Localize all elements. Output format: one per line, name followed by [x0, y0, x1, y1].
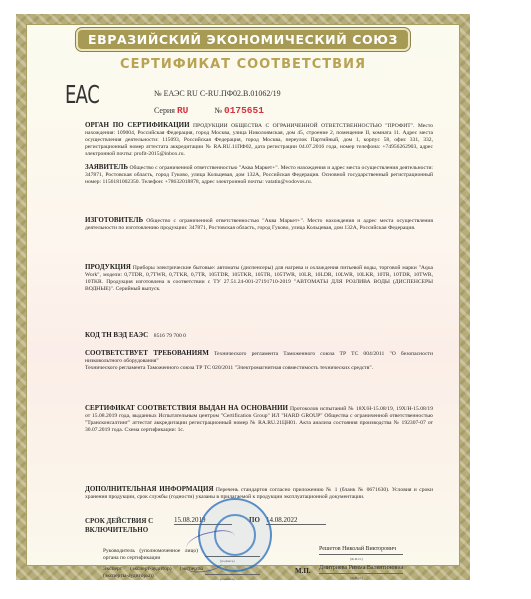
- section-heading: СЕРТИФИКАТ СООТВЕТСТВИЯ ВЫДАН НА ОСНОВАН…: [85, 404, 288, 412]
- section-heading: ПРОДУКЦИЯ: [85, 263, 131, 271]
- validity-to: 14.08.2022: [266, 517, 326, 525]
- section-heading: ДОПОЛНИТЕЛЬНАЯ ИНФОРМАЦИЯ: [85, 485, 214, 493]
- eac-logo-icon: ЕАС: [65, 80, 99, 109]
- validity-inclusive: ВКЛЮЧИТЕЛЬНО: [85, 527, 148, 534]
- series-label: Серия: [154, 106, 175, 115]
- section-issued-basis: СЕРТИФИКАТ СООТВЕТСТВИЯ ВЫДАН НА ОСНОВАН…: [85, 405, 433, 434]
- certificate-body: ЕВРАЗИЙСКИЙ ЭКОНОМИЧЕСКИЙ СОЮЗ СЕРТИФИКА…: [26, 24, 460, 566]
- expert-name-caption: (Ф.И.О.): [350, 575, 363, 582]
- section-additional-info: ДОПОЛНИТЕЛЬНАЯ ИНФОРМАЦИЯ Перечень станд…: [85, 486, 433, 501]
- section-heading: ОРГАН ПО СЕРТИФИКАЦИИ: [85, 121, 190, 129]
- head-name-caption: (Ф.И.О.): [350, 556, 363, 563]
- expert-name-line: [319, 573, 403, 574]
- code-value: 8516 79 700 0: [154, 333, 186, 339]
- certificate-title: СЕРТИФИКАТ СООТВЕТСТВИЯ: [27, 57, 459, 72]
- section-manufacturer: ИЗГОТОВИТЕЛЬ Общество с ограниченной отв…: [85, 217, 433, 232]
- head-label: Руководитель (уполномоченное лицо) орган…: [103, 548, 198, 561]
- head-name-line: [319, 554, 403, 555]
- section-heading: СООТВЕТСТВУЕТ ТРЕБОВАНИЯМ: [85, 349, 209, 357]
- section-heading: ЗАЯВИТЕЛЬ: [85, 163, 128, 171]
- blank-number: 0175651: [224, 105, 264, 116]
- section-tn-ved-code: КОД ТН ВЭД ЕАЭС 8516 79 700 0: [85, 332, 433, 340]
- section-text: Приборы электрические бытовые: автоматы …: [85, 265, 433, 292]
- section-text-2: Технического регламента Таможенного союз…: [85, 365, 373, 371]
- series-row: Серия RU № 0175651: [154, 105, 264, 116]
- head-name: Решетов Николай Викторович: [319, 546, 396, 553]
- expert-signature-caption: (подпись): [220, 576, 235, 583]
- section-heading: КОД ТН ВЭД ЕАЭС: [85, 331, 148, 339]
- section-certification-body: ОРГАН ПО СЕРТИФИКАЦИИ ПРОДУКЦИИ ОБЩЕСТВА…: [85, 122, 433, 158]
- expert-signature-line: [205, 574, 260, 575]
- section-conformity: СООТВЕТСТВУЕТ ТРЕБОВАНИЯМ Технического р…: [85, 350, 433, 372]
- section-heading: ИЗГОТОВИТЕЛЬ: [85, 216, 143, 224]
- section-applicant: ЗАЯВИТЕЛЬ Общество с ограниченной ответс…: [85, 164, 433, 186]
- blank-label: №: [214, 106, 222, 115]
- section-product: ПРОДУКЦИЯ Приборы электрические бытовые:…: [85, 264, 433, 293]
- certificate-number: № ЕАЭС RU С-RU.ПФ02.В.01062/19: [154, 89, 281, 98]
- validity-label: СРОК ДЕЙСТВИЯ С: [85, 517, 153, 526]
- union-banner: ЕВРАЗИЙСКИЙ ЭКОНОМИЧЕСКИЙ СОЮЗ: [76, 28, 410, 51]
- certificate: ЕВРАЗИЙСКИЙ ЭКОНОМИЧЕСКИЙ СОЮЗ СЕРТИФИКА…: [16, 14, 470, 580]
- seal-label: М.П.: [295, 568, 311, 575]
- section-text: Общество с ограниченной ответственностью…: [85, 165, 433, 185]
- series-value: RU: [177, 105, 188, 116]
- expert-name: Дмитриева Римма Валентиновна: [319, 565, 403, 572]
